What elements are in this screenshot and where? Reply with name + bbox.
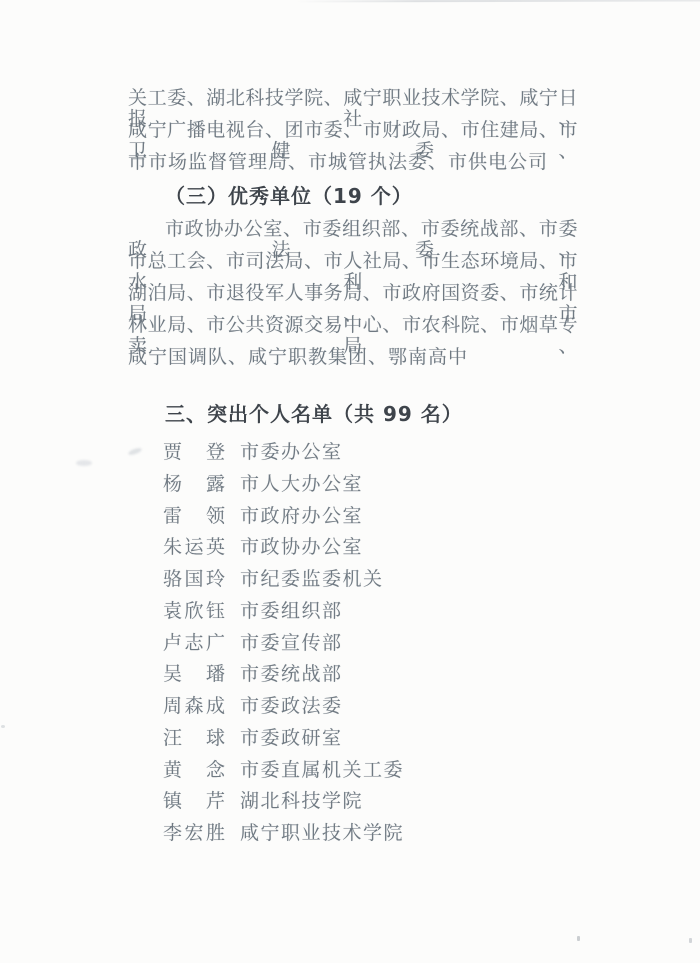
scan-speck: [689, 938, 692, 943]
individual-organization: 市委直属机关工委: [240, 759, 404, 781]
section-heading-excellent-units: （三）优秀单位（19 个）: [165, 184, 413, 208]
individual-organization: 市委办公室: [240, 441, 343, 463]
paragraph-line: 市市场监督管理局、市城管执法委、市供电公司: [128, 152, 578, 174]
individual-organization: 市委政法委: [240, 695, 343, 717]
paragraph-line: 市总工会、市司法局、市人社局、市生态环境局、市水利和: [128, 251, 578, 273]
paragraph-line: 咸宁国调队、咸宁职教集团、鄂南高中: [128, 347, 578, 369]
individual-organization: 市人大办公室: [240, 473, 363, 495]
individual-row: 贾 登市委办公室: [163, 441, 228, 465]
individual-row: 卢志广市委宣传部: [163, 632, 228, 656]
scan-speck: [1, 725, 5, 728]
individual-organization: 市委宣传部: [240, 632, 343, 654]
paragraph-line: 市政协办公室、市委组织部、市委统战部、市委政法委、: [128, 219, 578, 241]
individual-row: 吴 璠市委统战部: [163, 663, 228, 687]
individual-name: 朱运英: [163, 536, 228, 558]
paragraph-line: 咸宁广播电视台、团市委、市财政局、市住建局、市卫健委、: [128, 120, 578, 142]
individual-row: 袁欣钰市委组织部: [163, 600, 228, 624]
individual-row: 朱运英市政协办公室: [163, 536, 228, 560]
individual-name: 镇 芹: [163, 790, 228, 812]
paragraph-line: 关工委、湖北科技学院、咸宁职业技术学院、咸宁日报社、: [128, 88, 578, 110]
scan-smudge: [128, 447, 143, 456]
individual-organization: 市委组织部: [240, 600, 343, 622]
individual-name: 贾 登: [163, 441, 228, 463]
individual-name: 李宏胜: [163, 822, 228, 844]
individual-name: 汪 球: [163, 727, 228, 749]
individual-row: 周森成市委政法委: [163, 695, 228, 719]
scanned-document-page: （三）优秀单位（19 个） 三、突出个人名单（共 99 名） 关工委、湖北科技学…: [0, 0, 700, 963]
individual-name: 卢志广: [163, 632, 228, 654]
section-heading-outstanding-individuals: 三、突出个人名单（共 99 名）: [165, 402, 463, 426]
individual-row: 李宏胜咸宁职业技术学院: [163, 822, 228, 846]
individual-organization: 湖北科技学院: [240, 790, 363, 812]
individual-organization: 市纪委监委机关: [240, 568, 384, 590]
individual-row: 汪 球市委政研室: [163, 727, 228, 751]
individual-row: 雷 领市政府办公室: [163, 505, 228, 529]
individual-name: 吴 璠: [163, 663, 228, 685]
individual-row: 黄 念市委直属机关工委: [163, 759, 228, 783]
individual-row: 杨 露市人大办公室: [163, 473, 228, 497]
individual-organization: 市委政研室: [240, 727, 343, 749]
scan-streak-artifact: [295, 0, 700, 3]
individual-name: 雷 领: [163, 505, 228, 527]
individual-name: 黄 念: [163, 759, 228, 781]
paragraph-line: 林业局、市公共资源交易中心、市农科院、市烟草专卖局、: [128, 315, 578, 337]
individual-name: 杨 露: [163, 473, 228, 495]
individual-organization: 市政协办公室: [240, 536, 363, 558]
individual-organization: 市委统战部: [240, 663, 343, 685]
individual-organization: 市政府办公室: [240, 505, 363, 527]
individual-name: 骆国玲: [163, 568, 228, 590]
individual-organization: 咸宁职业技术学院: [240, 822, 404, 844]
paragraph-line: 湖泊局、市退役军人事务局、市政府国资委、市统计局、市: [128, 283, 578, 305]
scan-speck: [577, 936, 580, 941]
individual-name: 袁欣钰: [163, 600, 228, 622]
individual-row: 镇 芹湖北科技学院: [163, 790, 228, 814]
individual-name: 周森成: [163, 695, 228, 717]
scan-smudge: [76, 460, 92, 466]
individual-row: 骆国玲市纪委监委机关: [163, 568, 228, 592]
